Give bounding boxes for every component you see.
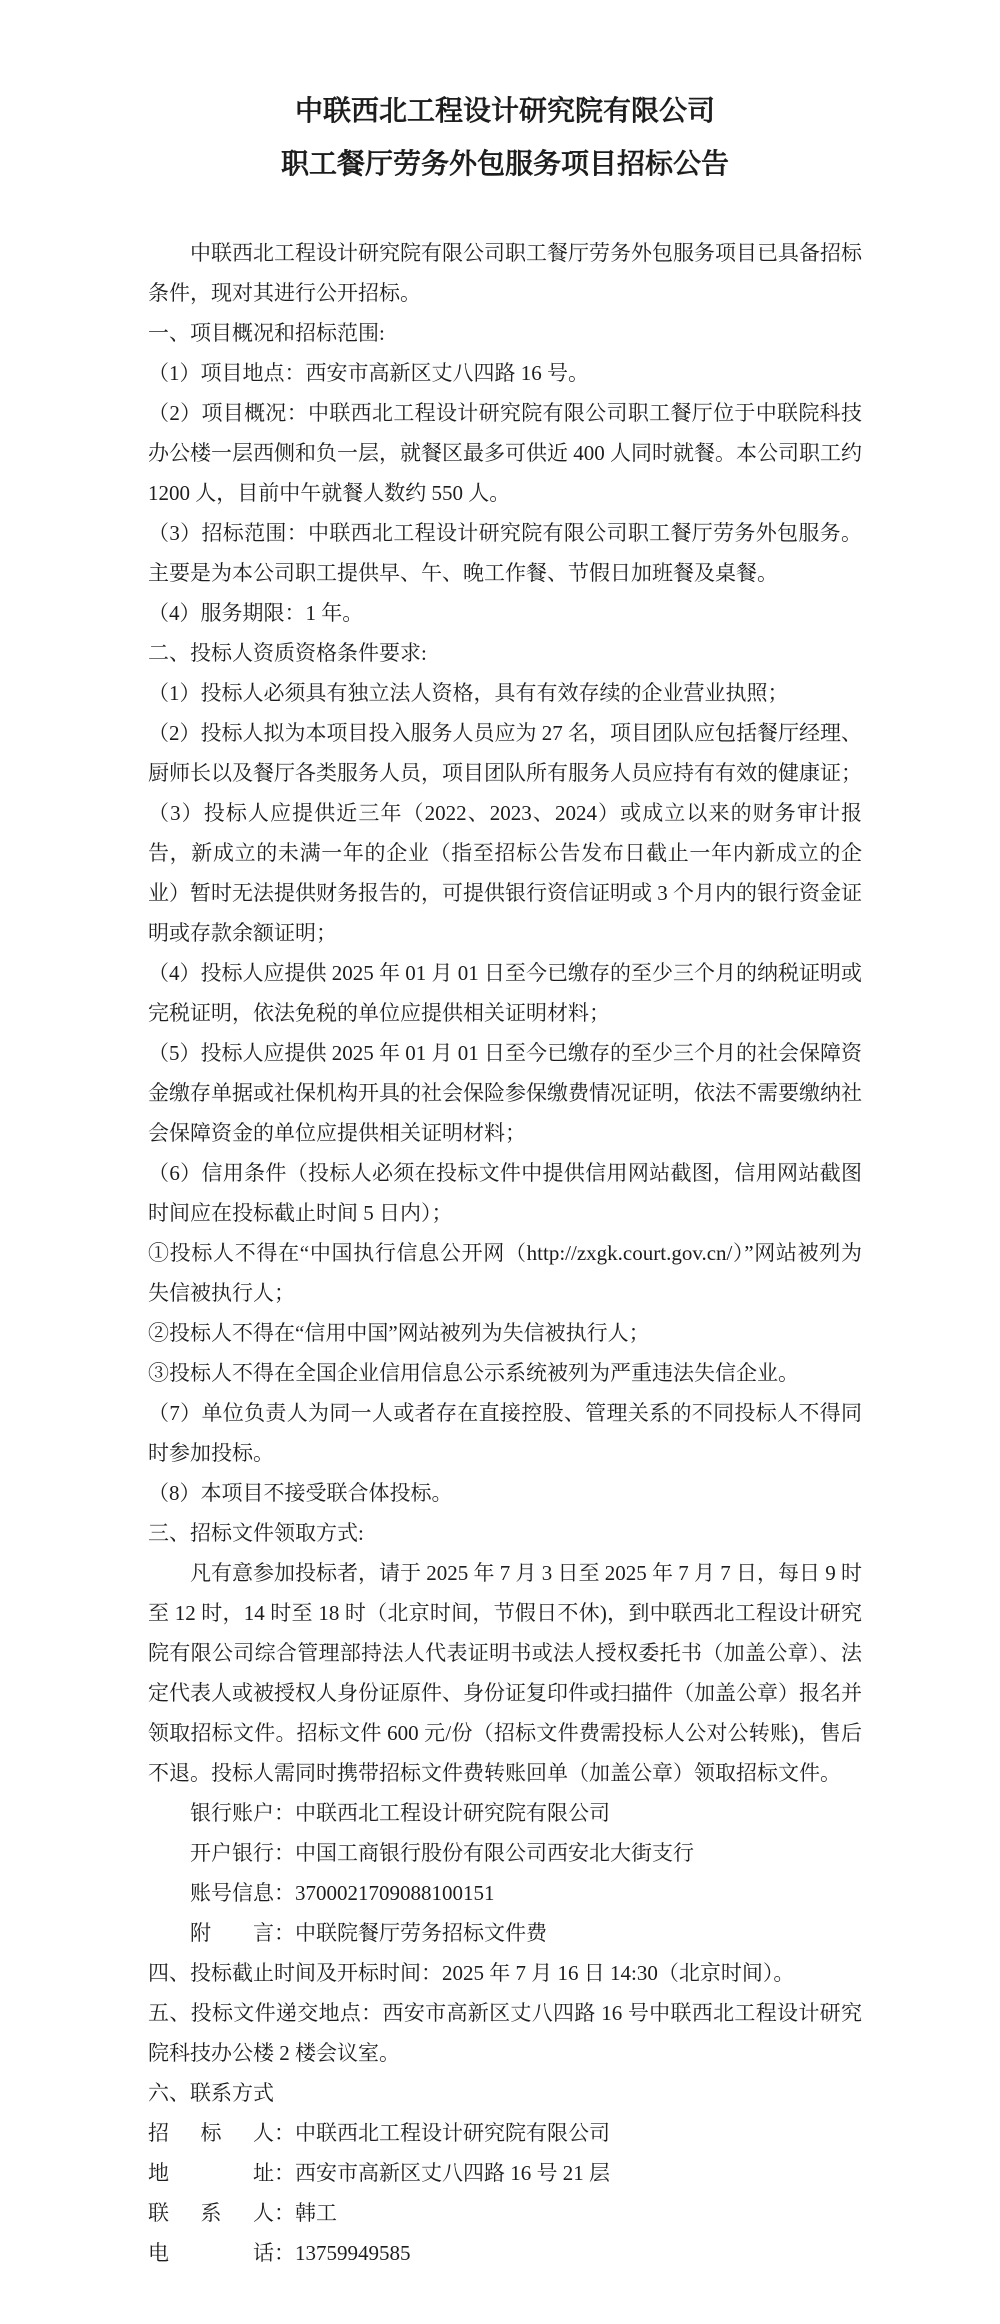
title-line-1: 中联西北工程设计研究院有限公司 (148, 85, 862, 138)
title-line-2: 职工餐厅劳务外包服务项目招标公告 (148, 138, 862, 191)
label-colon: ： (274, 1801, 295, 1825)
section-5-line: 五、投标文件递交地点：西安市高新区丈八四路 16 号中联西北工程设计研究院科技办… (148, 1993, 862, 2073)
bank-label: 附言 (190, 1913, 274, 1953)
section-3-paragraph: 凡有意参加投标者，请于 2025 年 7 月 3 日至 2025 年 7 月 7… (148, 1553, 862, 1793)
contact-row-address: 地址：西安市高新区丈八四路 16 号 21 层 (148, 2153, 862, 2193)
section-2-item-1: （1）投标人必须具有独立法人资格，具有有效存续的企业营业执照； (148, 673, 862, 713)
contact-label: 招标人 (148, 2113, 274, 2153)
contact-value: 韩工 (295, 2201, 337, 2225)
section-2-subitem-2: ②投标人不得在“信用中国”网站被列为失信被执行人； (148, 1313, 862, 1353)
bank-row-account-name: 银行账户：中联西北工程设计研究院有限公司 (148, 1793, 862, 1833)
section-1-item-2: （2）项目概况：中联西北工程设计研究院有限公司职工餐厅位于中联院科技办公楼一层西… (148, 393, 862, 513)
document-title: 中联西北工程设计研究院有限公司 职工餐厅劳务外包服务项目招标公告 (148, 85, 862, 191)
section-2-subitem-3: ③投标人不得在全国企业信用信息公示系统被列为严重违法失信企业。 (148, 1353, 862, 1393)
bank-row-memo: 附言：中联院餐厅劳务招标文件费 (148, 1913, 862, 1953)
label-colon: ： (274, 2241, 295, 2265)
bank-value: 中国工商银行股份有限公司西安北大街支行 (295, 1841, 694, 1865)
section-1-item-1: （1）项目地点：西安市高新区丈八四路 16 号。 (148, 353, 862, 393)
bank-row-bank-name: 开户银行：中国工商银行股份有限公司西安北大街支行 (148, 1833, 862, 1873)
contact-value: 13759949585 (295, 2241, 411, 2265)
section-2-item-7: （7）单位负责人为同一人或者存在直接控股、管理关系的不同投标人不得同时参加投标。 (148, 1393, 862, 1473)
section-2-item-6: （6）信用条件（投标人必须在投标文件中提供信用网站截图，信用网站截图时间应在投标… (148, 1153, 862, 1233)
label-colon: ： (274, 2201, 295, 2225)
section-2-item-4: （4）投标人应提供 2025 年 01 月 01 日至今已缴存的至少三个月的纳税… (148, 953, 862, 1033)
label-colon: ： (274, 2121, 295, 2145)
contact-row-person: 联系人：韩工 (148, 2193, 862, 2233)
contact-value: 中联西北工程设计研究院有限公司 (295, 2121, 610, 2145)
bank-value: 中联院餐厅劳务招标文件费 (295, 1921, 547, 1945)
label-colon: ： (274, 1921, 295, 1945)
label-colon: ： (274, 1841, 295, 1865)
contact-value: 西安市高新区丈八四路 16 号 21 层 (295, 2161, 610, 2185)
section-4-line: 四、投标截止时间及开标时间：2025 年 7 月 16 日 14:30（北京时间… (148, 1953, 862, 1993)
document-page: 中联西北工程设计研究院有限公司 职工餐厅劳务外包服务项目招标公告 中联西北工程设… (0, 0, 1000, 2324)
label-colon: ： (274, 2161, 295, 2185)
section-1-item-3: （3）招标范围：中联西北工程设计研究院有限公司职工餐厅劳务外包服务。主要是为本公… (148, 513, 862, 593)
label-colon: ： (274, 1881, 295, 1905)
bank-label: 开户银行 (190, 1833, 274, 1873)
contact-row-phone: 电话：13759949585 (148, 2233, 862, 2273)
bank-value: 中联西北工程设计研究院有限公司 (295, 1801, 610, 1825)
intro-paragraph: 中联西北工程设计研究院有限公司职工餐厅劳务外包服务项目已具备招标条件，现对其进行… (148, 233, 862, 313)
section-2-item-8: （8）本项目不接受联合体投标。 (148, 1473, 862, 1513)
section-2-subitem-1: ①投标人不得在“中国执行信息公开网（http://zxgk.court.gov.… (148, 1233, 862, 1313)
document-content: 中联西北工程设计研究院有限公司 职工餐厅劳务外包服务项目招标公告 中联西北工程设… (0, 0, 1000, 2273)
section-2-item-5: （5）投标人应提供 2025 年 01 月 01 日至今已缴存的至少三个月的社会… (148, 1033, 862, 1153)
contact-label: 电话 (148, 2233, 274, 2273)
section-2-heading: 二、投标人资质资格条件要求: (148, 633, 862, 673)
section-1-heading: 一、项目概况和招标范围: (148, 313, 862, 353)
section-6-heading: 六、联系方式 (148, 2073, 862, 2113)
bank-label: 账号信息 (190, 1873, 274, 1913)
bank-value: 3700021709088100151 (295, 1881, 495, 1905)
contact-row-tenderer: 招标人：中联西北工程设计研究院有限公司 (148, 2113, 862, 2153)
section-1-item-4: （4）服务期限：1 年。 (148, 593, 862, 633)
contact-label: 地址 (148, 2153, 274, 2193)
document-body: 中联西北工程设计研究院有限公司职工餐厅劳务外包服务项目已具备招标条件，现对其进行… (148, 233, 862, 2273)
bank-label: 银行账户 (190, 1793, 274, 1833)
contact-label: 联系人 (148, 2193, 274, 2233)
section-3-heading: 三、招标文件领取方式: (148, 1513, 862, 1553)
bank-row-account-number: 账号信息：3700021709088100151 (148, 1873, 862, 1913)
section-2-item-3: （3）投标人应提供近三年（2022、2023、2024）或成立以来的财务审计报告… (148, 793, 862, 953)
section-2-item-2: （2）投标人拟为本项目投入服务人员应为 27 名，项目团队应包括餐厅经理、厨师长… (148, 713, 862, 793)
